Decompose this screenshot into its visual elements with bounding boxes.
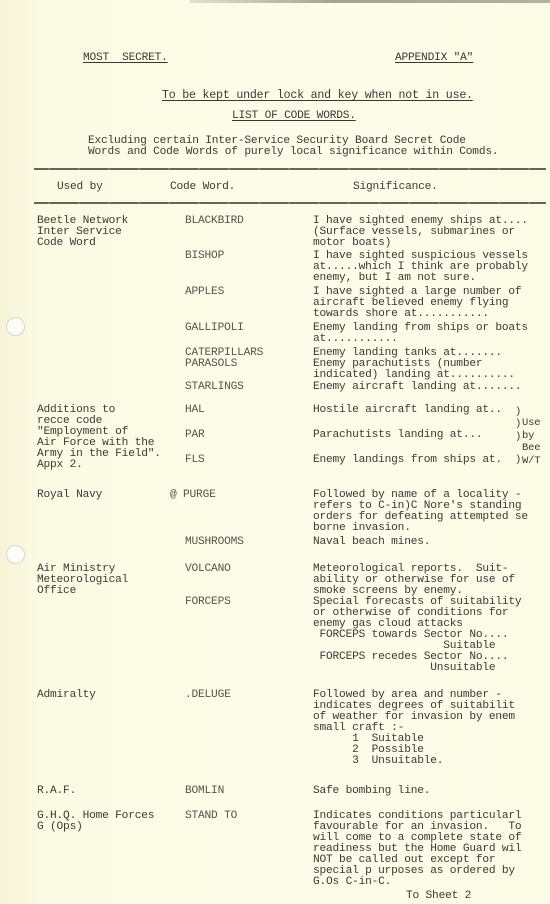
continuation-note: To Sheet 2 <box>406 891 471 902</box>
code-word-cell: GALLIPOLI <box>185 323 244 334</box>
significance-cell: borne invasion. <box>313 523 411 534</box>
used-by-cell: Appx 2. <box>37 460 83 471</box>
significance-cell: Enemy landings from ships at. <box>313 455 502 466</box>
significance-cell: towards shore at........... <box>313 309 489 320</box>
used-by-cell: Office <box>37 586 76 597</box>
code-word-cell: PARASOLS <box>185 359 237 370</box>
significance-cell: Unsuitable <box>313 663 495 674</box>
used-by-cell: Royal Navy <box>37 490 102 501</box>
significance-cell: at........... <box>313 334 398 345</box>
significance-cell: G.Os C-in-C. <box>313 877 391 888</box>
punch-hole <box>6 317 25 336</box>
significance-cell: indicated) landing at.......... <box>313 370 515 381</box>
instruction-line: To be kept under lock and key when not i… <box>162 90 473 101</box>
code-word-cell: BOMLIN <box>185 786 224 797</box>
code-word-cell: VOLCANO <box>185 564 231 575</box>
code-word-cell: @ PURGE <box>170 490 216 501</box>
used-by-cell: Admiralty <box>37 690 96 701</box>
significance-cell: 3 Unsuitable. <box>313 756 443 767</box>
code-word-cell: STAND TO <box>185 811 237 822</box>
significance-cell: Naval beach mines. <box>313 537 430 548</box>
code-word-cell: FLS <box>185 455 205 466</box>
brace: ) <box>515 420 521 429</box>
used-by-cell: Code Word <box>37 238 96 249</box>
code-word-cell: .DELUGE <box>185 690 231 701</box>
column-header-significance: Significance. <box>353 182 438 193</box>
side-note-line: by <box>522 431 534 442</box>
significance-cell: Enemy aircraft landing at....... <box>313 382 521 393</box>
significance-cell: motor boats) <box>313 238 391 249</box>
code-word-cell: MUSHROOMS <box>185 537 244 548</box>
side-note-line: Use <box>522 418 540 429</box>
document-page: MOST SECRET. APPENDIX "A" To be kept und… <box>0 0 550 904</box>
scan-edge <box>190 0 550 3</box>
code-word-cell: STARLINGS <box>185 382 244 393</box>
side-note-line: Bee <box>522 443 540 454</box>
code-word-cell: BISHOP <box>185 251 224 262</box>
brace-top: ) <box>515 408 521 417</box>
side-note-line: W/T <box>522 456 540 467</box>
punch-hole <box>6 545 25 564</box>
significance-cell: Hostile aircraft landing at.. <box>313 405 502 416</box>
significance-cell: enemy, but I am not sure. <box>313 273 476 284</box>
significance-cell: Safe bombing line. <box>313 786 430 797</box>
column-rule <box>34 202 546 204</box>
used-by-cell: R.A.F. <box>37 786 76 797</box>
code-word-cell: FORCEPS <box>185 597 231 608</box>
appendix-label: APPENDIX "A" <box>395 53 473 64</box>
code-word-cell: PAR <box>185 430 205 441</box>
code-word-cell: APPLES <box>185 287 224 298</box>
document-title: LIST OF CODE WORDS. <box>232 111 356 122</box>
significance-cell: Parachutists landing at... <box>313 430 482 441</box>
code-word-cell: BLACKBIRD <box>185 216 244 227</box>
code-word-cell: HAL <box>185 405 205 416</box>
subtitle-line-2: Words and Code Words of purely local sig… <box>88 147 498 158</box>
column-header-used-by: Used by <box>57 182 103 193</box>
column-header-code-word: Code Word. <box>170 182 235 193</box>
brace-bottom: ) <box>515 456 521 465</box>
classification-label: MOST SECRET. <box>83 53 168 64</box>
brace: ) <box>515 433 521 442</box>
used-by-cell: G (Ops) <box>37 822 83 833</box>
header-rule <box>34 168 546 170</box>
